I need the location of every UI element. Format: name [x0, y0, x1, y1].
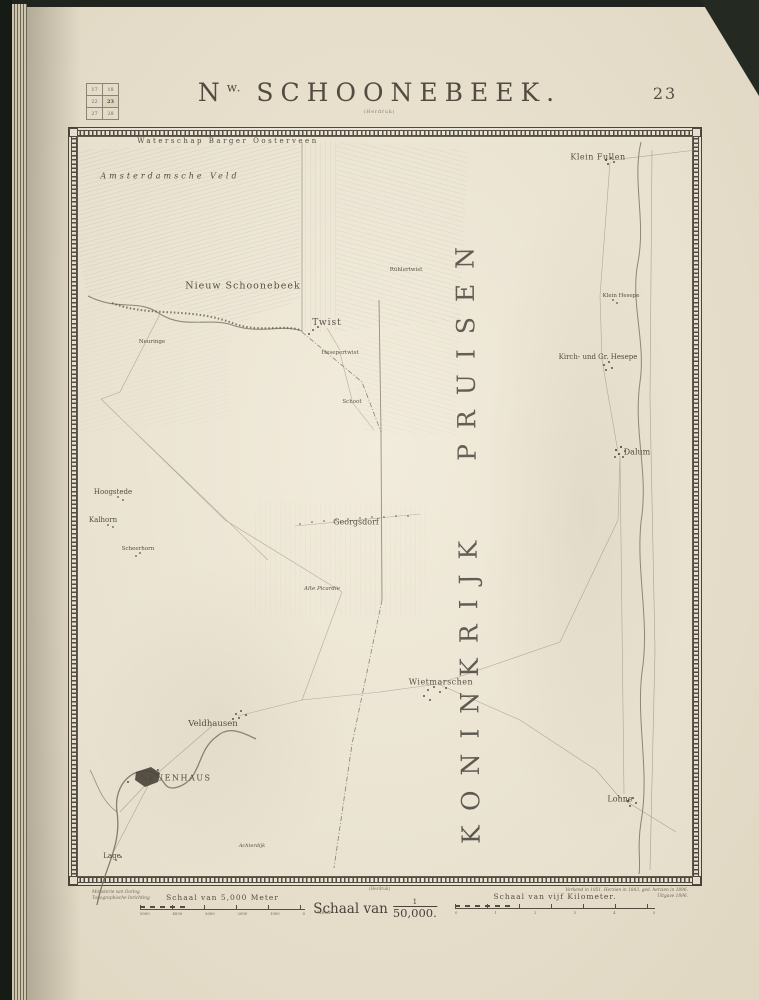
frame-tick-band-bottom: [71, 877, 699, 883]
scale-meters-title: Schaal van 5,000 Meter: [140, 893, 305, 902]
scale-tick: 0: [303, 911, 305, 916]
map-frame: [68, 127, 702, 886]
index-cell: 27: [87, 108, 103, 120]
imprint-line2: Uitgave 1896.: [470, 894, 688, 900]
scale-tick: 3: [574, 910, 576, 915]
scale-meters-ticks: 500040003000200010000: [140, 911, 305, 916]
main-scale-prefix: Schaal van: [313, 901, 388, 917]
survey-imprint: Verkend in 1851. Herzien in 1883, ged. h…: [470, 888, 688, 901]
main-scale-fraction: 1 50,000.: [393, 899, 437, 920]
index-cell: 22: [87, 96, 103, 108]
atlas-page: Nw. SCHOONEBEEK. (Herdruk) 23 1718222327…: [0, 0, 759, 1000]
frame-corner: [692, 876, 701, 885]
index-cell: 23: [103, 96, 119, 108]
title-superscript: w.: [227, 81, 242, 95]
map-area: [77, 136, 693, 877]
page-edges: [12, 4, 27, 1000]
scale-tick: 5000: [140, 911, 150, 916]
scanned-atlas-page: Nw. SCHOONEBEEK. (Herdruk) 23 1718222327…: [0, 0, 759, 1000]
scale-tick: 2000: [238, 911, 248, 916]
frame-corner: [69, 876, 78, 885]
scale-tick: 1: [495, 910, 497, 915]
scale-tick: 2: [534, 910, 536, 915]
scale-tick: 0: [455, 910, 457, 915]
index-cell: 17: [87, 84, 103, 96]
fraction-denominator: 50,000.: [393, 906, 437, 920]
scale-km-bar: [455, 904, 655, 909]
index-cell: 28: [103, 108, 119, 120]
scale-tick: 4000: [173, 911, 183, 916]
book-cover-edge-left: [0, 0, 12, 1000]
scale-tick: 3000: [205, 911, 215, 916]
main-scale-statement: Schaal van 1 50,000.: [313, 899, 437, 920]
sheet-number: 23: [640, 84, 690, 103]
fraction-numerator: 1: [413, 899, 417, 906]
scale-km-ticks: 012345: [455, 910, 655, 915]
scale-bar-meters: Schaal van 5,000 Meter Meter 50004000300…: [140, 893, 305, 916]
sheet-index-table: 171822232728: [86, 83, 119, 120]
scale-tick: 4: [613, 910, 615, 915]
book-cover-edge-top: [0, 0, 759, 7]
frame-tick-band-right: [693, 130, 699, 883]
title-prefix: N: [198, 78, 227, 107]
index-cell: 18: [103, 84, 119, 96]
scale-tick: 5: [653, 910, 655, 915]
scale-meters-bar: Meter: [140, 905, 305, 910]
scale-tick: 1000: [270, 911, 280, 916]
map-title-text: Nw. SCHOONEBEEK.: [198, 78, 561, 107]
title-main: SCHOONEBEEK.: [241, 78, 561, 107]
frame-corner: [692, 128, 701, 137]
